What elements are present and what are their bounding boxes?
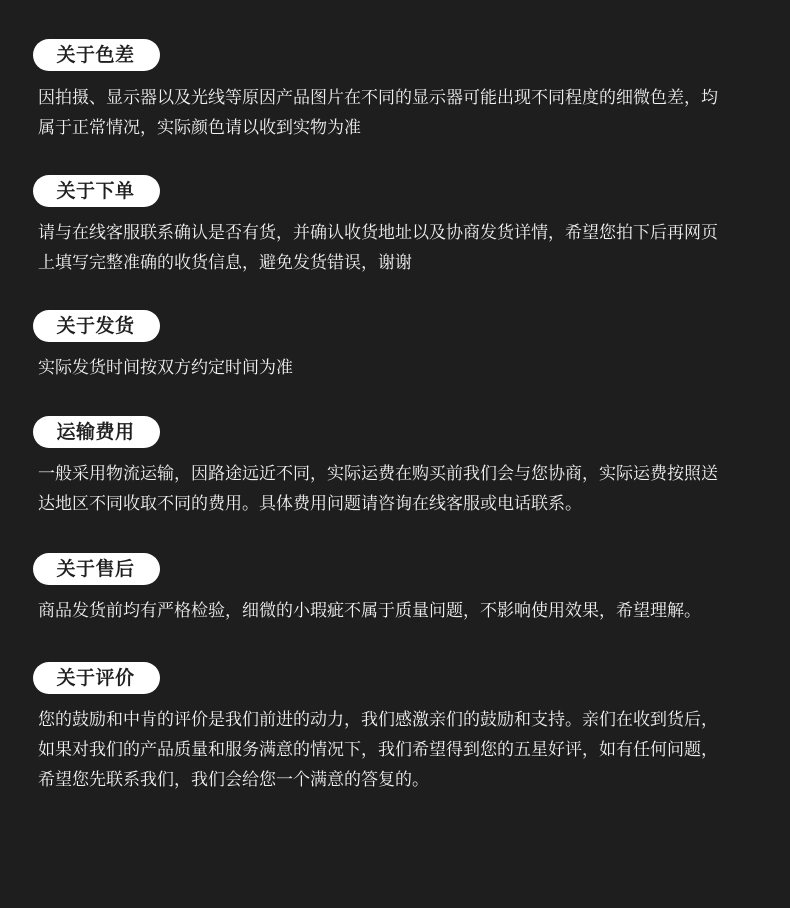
section-body: 一般采用物流运输，因路途远近不同，实际运费在购买前我们会与您协商，实际运费按照送… <box>38 459 768 519</box>
section-title-badge: 关于发货 <box>33 310 160 342</box>
section-body: 您的鼓励和中肯的评价是我们前进的动力，我们感激亲们的鼓励和支持。亲们在收到货后，… <box>38 705 768 795</box>
body-line: 实际发货时间按双方约定时间为准 <box>38 353 768 383</box>
body-line: 商品发货前均有严格检验，细微的小瑕疵不属于质量问题，不影响使用效果，希望理解。 <box>38 596 768 626</box>
section-body: 请与在线客服联系确认是否有货，并确认收货地址以及协商发货详情，希望您拍下后再网页… <box>38 218 768 278</box>
body-line: 一般采用物流运输，因路途远近不同，实际运费在购买前我们会与您协商，实际运费按照送 <box>38 459 768 489</box>
body-line: 达地区不同收取不同的费用。具体费用问题请咨询在线客服或电话联系。 <box>38 489 768 519</box>
body-line: 希望您先联系我们，我们会给您一个满意的答复的。 <box>38 765 768 795</box>
body-line: 因拍摄、显示器以及光线等原因产品图片在不同的显示器可能出现不同程度的细微色差，均 <box>38 83 768 113</box>
section-title-badge: 关于评价 <box>33 662 160 694</box>
body-line: 请与在线客服联系确认是否有货，并确认收货地址以及协商发货详情，希望您拍下后再网页 <box>38 218 768 248</box>
section-title-badge: 关于下单 <box>33 175 160 207</box>
section-body: 商品发货前均有严格检验，细微的小瑕疵不属于质量问题，不影响使用效果，希望理解。 <box>38 596 768 626</box>
body-line: 您的鼓励和中肯的评价是我们前进的动力，我们感激亲们的鼓励和支持。亲们在收到货后， <box>38 705 768 735</box>
section-title-badge: 关于售后 <box>33 553 160 585</box>
body-line: 如果对我们的产品质量和服务满意的情况下，我们希望得到您的五星好评，如有任何问题， <box>38 735 768 765</box>
body-line: 属于正常情况，实际颜色请以收到实物为准 <box>38 113 768 143</box>
section-title-badge: 关于色差 <box>33 39 160 71</box>
body-line: 上填写完整准确的收货信息，避免发货错误，谢谢 <box>38 248 768 278</box>
section-title-badge: 运输费用 <box>33 416 160 448</box>
section-body: 因拍摄、显示器以及光线等原因产品图片在不同的显示器可能出现不同程度的细微色差，均… <box>38 83 768 143</box>
section-body: 实际发货时间按双方约定时间为准 <box>38 353 768 383</box>
